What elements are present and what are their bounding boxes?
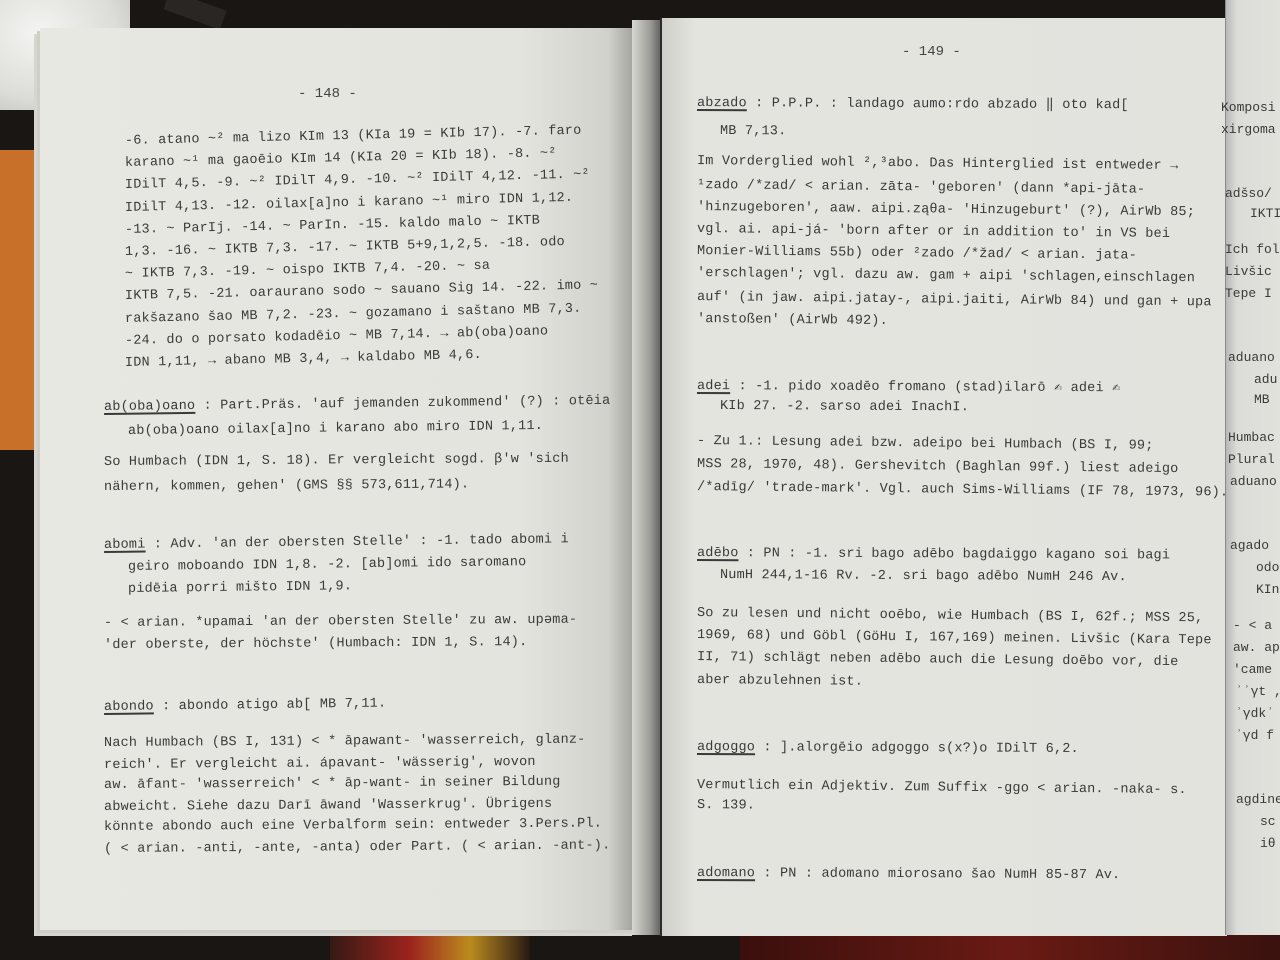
next-page-fragment: aduano xyxy=(1230,474,1277,489)
commentary-line: abweicht. Siehe dazu Darī āwand 'Wasserk… xyxy=(104,797,552,815)
next-page-fragment: Komposi xyxy=(1221,100,1276,115)
lemma-headword: abomi xyxy=(104,537,146,553)
next-page-fragment: IKTI xyxy=(1250,206,1280,221)
entry-definition: : PN : adomano miorosano šao NumH 85-87 … xyxy=(755,866,1120,883)
next-page-fragment: iθ xyxy=(1260,836,1276,851)
entry-head-line: adomano : PN : adomano miorosano šao Num… xyxy=(697,866,1120,883)
entry-line: KIb 27. -2. sarso adei InachI. xyxy=(720,399,969,415)
entry-head-line: abzado : P.P.P. : landago aumo:rdo abzad… xyxy=(697,94,1129,113)
commentary-line: 'anstoßen' (AirWb 492). xyxy=(697,312,888,329)
entry-line: NumH 244,1-16 Rv. -2. sri bago adēbo Num… xyxy=(720,568,1127,585)
next-page-fragment: odo xyxy=(1256,560,1279,575)
next-page-fragment: aw. ap xyxy=(1233,640,1280,655)
next-page-fragment: ʾγdkʾ xyxy=(1235,706,1274,721)
commentary-line: 'der oberste, der höchste' (Humbach: IDN… xyxy=(104,635,527,653)
next-page-fragment: adu xyxy=(1254,372,1277,387)
background-table-edge xyxy=(740,935,1280,960)
background-fabric xyxy=(330,925,530,960)
entry-head-line: adgoggo : ].alorgēio adgoggo s(x?)o IDil… xyxy=(697,740,1079,757)
next-page-fragment: 'came xyxy=(1233,662,1272,677)
entry-line: pidēia porri mišto IDN 1,9. xyxy=(128,579,352,597)
next-page-fragment: Tepe I xyxy=(1225,286,1272,301)
next-page-fragment: - < a xyxy=(1233,618,1272,633)
lemma-headword: adēbo xyxy=(697,546,739,561)
entry-head-line: adei : -1. pido xoadēo fromano (stad)ila… xyxy=(697,377,1121,396)
commentary-line: nähern, kommen, gehen' (GMS §§ 573,611,7… xyxy=(104,477,469,495)
commentary-line: aber abzulehnen ist. xyxy=(697,673,863,690)
lemma-headword: abzado xyxy=(697,96,747,111)
entry-head-line: adēbo : PN : -1. sri bago adēbo bagdaigg… xyxy=(697,546,1170,563)
book-gutter xyxy=(632,20,662,935)
next-page-fragment: sc xyxy=(1260,814,1276,829)
entry-definition: : ].alorgēio adgoggo s(x?)o IDilT 6,2. xyxy=(755,740,1079,757)
next-page-fragment: ʾʾγt , xyxy=(1235,684,1280,699)
next-page-fragment: agado xyxy=(1230,538,1269,553)
lemma-headword: abondo xyxy=(104,699,154,715)
next-page-fragment: xirgoma xyxy=(1221,122,1276,137)
commentary-line: reich'. Er vergleicht ai. ápavant- 'wäss… xyxy=(104,755,536,773)
entry-definition: : abondo atigo ab[ MB 7,11. xyxy=(154,697,387,715)
background-dark-object xyxy=(163,0,226,30)
next-page-fragment: adšso/ xyxy=(1225,186,1272,201)
page-number-left: - 148 - xyxy=(298,86,357,102)
page-number-right: - 149 - xyxy=(902,44,961,60)
next-page-fragment: MB xyxy=(1254,392,1270,407)
next-page-fragment: Ich fol xyxy=(1225,242,1280,257)
lemma-headword: ab(oba)oano xyxy=(104,399,196,415)
lemma-headword: adei xyxy=(697,379,730,394)
commentary-line: aw. āfant- 'wasserreich' < * āp-want- in… xyxy=(104,775,561,793)
next-page-fragment: agdine xyxy=(1236,792,1280,807)
entry-definition: : PN : -1. sri bago adēbo bagdaiggo kaga… xyxy=(738,546,1170,563)
next-page-fragment: Plural xyxy=(1228,452,1275,467)
next-page-fragment: Humbac xyxy=(1228,430,1275,445)
next-page-fragment: aduano xyxy=(1228,350,1275,365)
entry-definition: : P.P.P. : landago aumo:rdo abzado ‖ oto… xyxy=(747,96,1129,113)
lemma-headword: adgoggo xyxy=(697,740,755,755)
commentary-line: S. 139. xyxy=(697,798,755,814)
lemma-headword: adomano xyxy=(697,866,755,881)
next-page-fragment: ʾγd f xyxy=(1235,728,1274,743)
entry-definition: : -1. pido xoadēo fromano (stad)ilarō ✍ … xyxy=(730,379,1120,396)
next-page-fragment: Livšic xyxy=(1225,264,1272,279)
next-page-fragment: KIn xyxy=(1256,582,1279,597)
entry-line: MB 7,13. xyxy=(720,124,786,139)
